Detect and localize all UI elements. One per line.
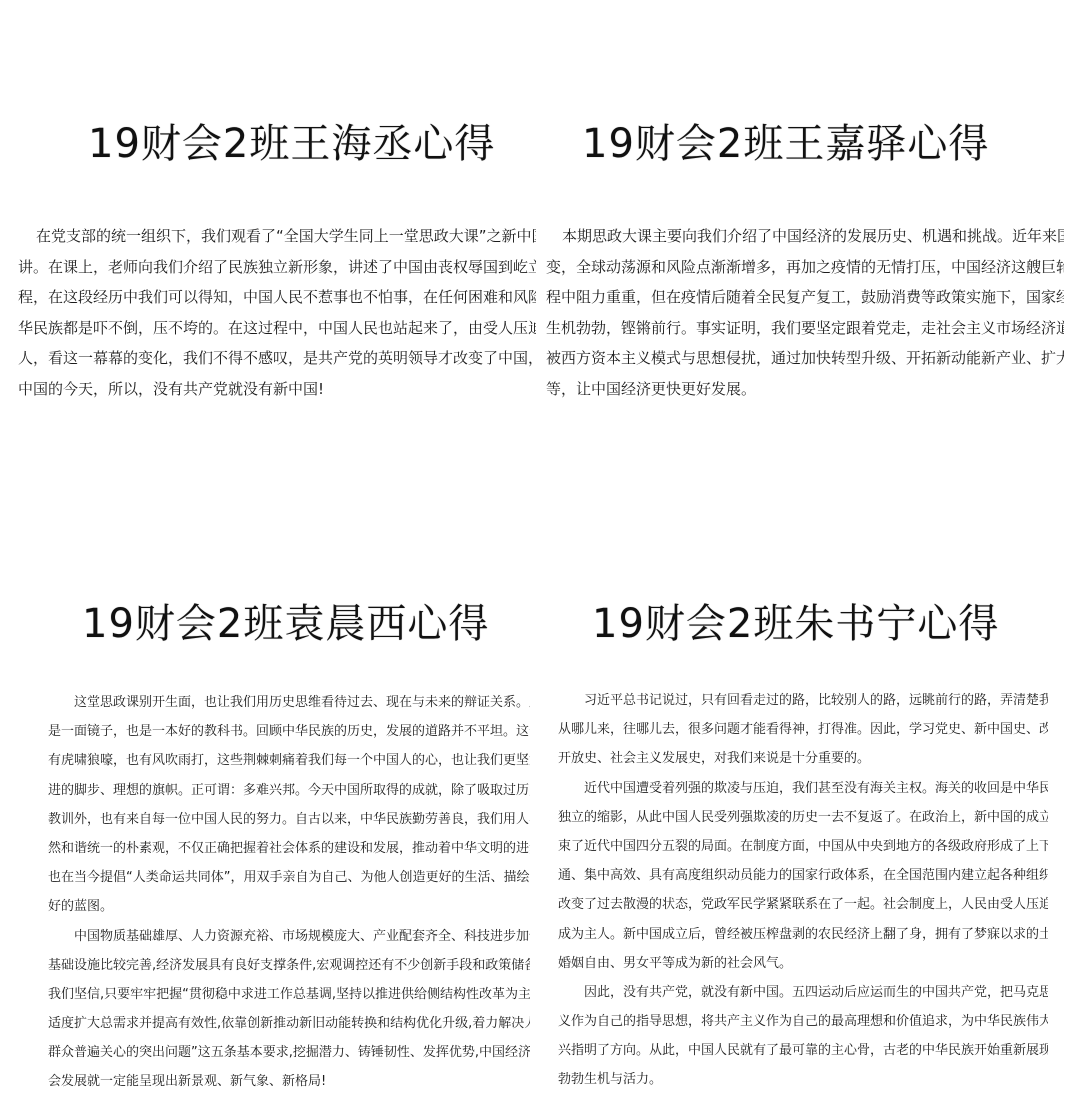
- essay-title: 19财会2班王海丞心得: [88, 112, 495, 169]
- essay-title: 19财会2班朱书宁心得: [592, 592, 999, 649]
- essay-line: 变，全球动荡源和风险点渐渐增多，再加之疫情的无情打压，中国经济这艘巨轮在前: [546, 252, 1064, 283]
- essay-title: 19财会2班袁晨西心得: [82, 592, 489, 649]
- essay-line: 本期思政大课主要向我们介绍了中国经济的发展历史、机遇和挑战。近年来国际形: [546, 221, 1064, 252]
- essay-line: 适度扩大总需求并提高有效性,依靠创新推动新旧动能转换和结构优化升级,着力解决人民: [48, 1009, 530, 1038]
- essay-title: 19财会2班王嘉驿心得: [582, 112, 989, 169]
- essay-line: 讲。在课上，老师向我们介绍了民族独立新形象，讲述了中国由丧权辱国到屹立东: [18, 252, 536, 283]
- essay-line: 义作为自己的指导思想，将共产主义作为自己的最高理想和价值追求，为中华民族伟大复: [558, 1007, 1048, 1036]
- essay-line: 有虎啸狼嚎，也有风吹雨打，这些荆棘刺痛着我们每一个中国人的心，也让我们更坚定前: [48, 746, 530, 775]
- essay-line: 程中阻力重重，但在疫情后随着全民复产复工，鼓励消费等政策实施下，国家经济又: [546, 282, 1064, 313]
- essay-line: 群众普遍关心的突出问题”这五条基本要求,挖掘潜力、铸锤韧性、发挥优势,中国经济社: [48, 1038, 530, 1067]
- essay-line: 是一面镜子，也是一本好的教科书。回顾中华民族的历史，发展的道路并不平坦。这一路: [48, 717, 530, 746]
- essay-panel-yuan-chenxi: 19财会2班袁晨西心得 这堂思政课别开生面，也让我们用历史思维看待过去、现在与未…: [0, 560, 540, 1108]
- essay-line: 独立的缩影，从此中国人民受列强欺凌的历史一去不复返了。在政治上，新中国的成立结: [558, 803, 1048, 832]
- essay-line: 等，让中国经济更快更好发展。: [546, 374, 1064, 405]
- essay-line: 程，在这段经历中我们可以得知，中国人民不惹事也不怕事，在任何困难和风险面: [18, 282, 536, 313]
- essay-line: 近代中国遭受着列强的欺凌与压迫，我们甚至没有海关主权。海关的收回是中华民族: [558, 774, 1048, 803]
- essay-line: 改变了过去散漫的状态，党政军民学紧紧联系在了一起。社会制度上，人民由受人压迫到: [558, 890, 1048, 919]
- essay-line: 在党支部的统一组织下，我们观看了“全国大学生同上一堂思政大课”之新中国: [18, 221, 536, 252]
- essay-line: 兴指明了方向。从此，中国人民就有了最可靠的主心骨，古老的中华民族开始重新展现出: [558, 1036, 1048, 1065]
- essay-line: 进的脚步、理想的旗帜。正可谓：多难兴邦。今天中国所取得的成就，除了吸取过历史的: [48, 776, 530, 805]
- essay-line: 教训外，也有来自每一位中国人民的努力。自古以来，中华民族勤劳善良，我们用人与自: [48, 805, 530, 834]
- essay-line: 从哪儿来，往哪儿去，很多问题才能看得神，打得准。因此，学习党史、新中国史、改革: [558, 715, 1048, 744]
- essay-line: 中国物质基础雄厚、人力资源充裕、市场规模庞大、产业配套齐全、科技进步加快、: [48, 922, 530, 951]
- essay-panel-wang-jiayi: 19财会2班王嘉驿心得 本期思政大课主要向我们介绍了中国经济的发展历史、机遇和挑…: [540, 0, 1080, 470]
- essay-line: 然和谐统一的朴素观，不仅正确把握着社会体系的建设和发展，推动着中华文明的进步，: [48, 834, 530, 863]
- essay-line: 被西方资本主义模式与思想侵扰，通过加快转型升级、开拓新动能新产业、扩大社会: [546, 343, 1064, 374]
- essay-line: 生机勃勃，铿锵前行。事实证明，我们要坚定跟着党走，走社会主义市场经济道路，: [546, 313, 1064, 344]
- essay-line: 习近平总书记说过，只有回看走过的路，比较别人的路，远眺前行的路，弄清楚我们: [558, 686, 1048, 715]
- essay-line: 成为主人。新中国成立后，曾经被压榨盘剥的农民经济上翻了身，拥有了梦寐以求的土地: [558, 920, 1048, 949]
- essay-body: 习近平总书记说过，只有回看走过的路，比较别人的路，远眺前行的路，弄清楚我们 从哪…: [558, 686, 1048, 1095]
- essay-line: 这堂思政课别开生面，也让我们用历史思维看待过去、现在与未来的辩证关系。历史: [48, 688, 530, 717]
- essay-line: 人，看这一幕幕的变化，我们不得不感叹，是共产党的英明领导才改变了中国，才: [18, 343, 536, 374]
- essay-line: 也在当今提倡“人类命运共同体”，用双手亲自为自己、为他人创造更好的生活、描绘美: [48, 863, 530, 892]
- essay-panel-wang-haicheng: 19财会2班王海丞心得 在党支部的统一组织下，我们观看了“全国大学生同上一堂思政…: [0, 0, 540, 470]
- essay-line: 华民族都是吓不倒，压不垮的。在这过程中，中国人民也站起来了，由受人压迫到: [18, 313, 536, 344]
- essay-line: 会发展就一定能呈现出新景观、新气象、新格局!: [48, 1067, 530, 1096]
- essay-line: 通、集中高效、具有高度组织动员能力的国家行政体系，在全国范围内建立起各种组织，: [558, 861, 1048, 890]
- essay-line: 勃勃生机与活力。: [558, 1065, 1048, 1094]
- essay-body: 本期思政大课主要向我们介绍了中国经济的发展历史、机遇和挑战。近年来国际形 变，全…: [546, 221, 1064, 404]
- essay-line: 束了近代中国四分五裂的局面。在制度方面，中国从中央到地方的各级政府形成了上下贯: [558, 832, 1048, 861]
- essay-panel-zhu-shuning: 19财会2班朱书宁心得 习近平总书记说过，只有回看走过的路，比较别人的路，远眺前…: [540, 560, 1080, 1108]
- essay-line: 我们坚信,只要牢牢把握“贯彻稳中求进工作总基调,坚持以推进供给侧结构性改革为主线…: [48, 980, 530, 1009]
- essay-line: 基础设施比较完善,经济发展具有良好支撑条件,宏观调控还有不少创新手段和政策储备。: [48, 951, 530, 980]
- essay-body: 这堂思政课别开生面，也让我们用历史思维看待过去、现在与未来的辩证关系。历史 是一…: [48, 688, 530, 1097]
- essay-line: 中国的今天，所以，没有共产党就没有新中国!: [18, 374, 536, 405]
- essay-line: 因此，没有共产党，就没有新中国。五四运动后应运而生的中国共产党，把马克思主: [558, 978, 1048, 1007]
- essay-line: 开放史、社会主义发展史，对我们来说是十分重要的。: [558, 744, 1048, 773]
- essay-body: 在党支部的统一组织下，我们观看了“全国大学生同上一堂思政大课”之新中国 讲。在课…: [18, 221, 536, 404]
- essay-line: 好的蓝图。: [48, 892, 530, 921]
- essay-line: 婚姻自由、男女平等成为新的社会风气。: [558, 949, 1048, 978]
